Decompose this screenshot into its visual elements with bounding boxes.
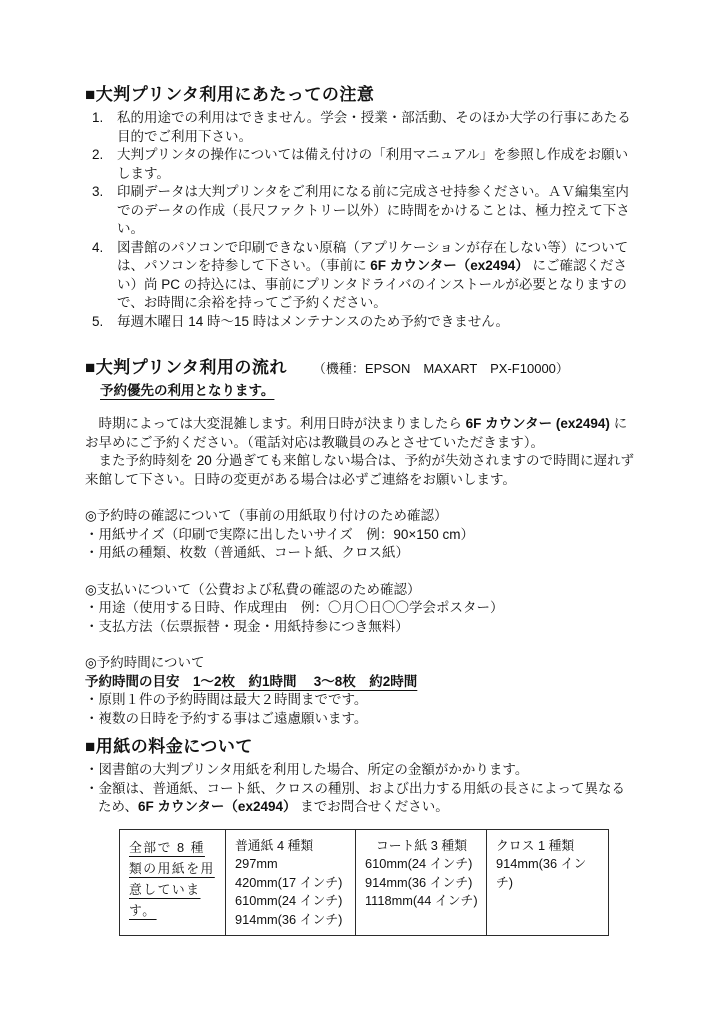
table-cell-cloth: クロス 1 種類 914mm(36 インチ) — [487, 829, 609, 936]
list-item-text: 毎週木曜日 14 時～15 時はメンテナンスのため予約できません。 — [117, 313, 637, 332]
table-cell-coated-paper: コート紙 3 種類 610mm(24 インチ) 914mm(36 インチ) 11… — [356, 829, 487, 936]
counter-ext-bold: 6F カウンター（ex2494） — [370, 258, 529, 273]
table-cell-note: 全部で 8 種類の用紙を用意しています。 — [120, 829, 226, 936]
list-item-number: 5. — [85, 313, 117, 332]
paper-note: 全部で 8 種類の用紙を用意しています。 — [129, 840, 215, 918]
list-item-number: 4. — [85, 239, 117, 313]
paragraph-lateness: また予約時刻を 20 分過ぎても来館しない場合は、予約が失効されますので時間に遅… — [85, 452, 637, 489]
list-item-text: 私的用途での利用はできません。学会・授業・部活動、そのほか大学の行事にあたる目的… — [117, 109, 637, 146]
document-page: ■大判プリンタ利用にあたっての注意 1. 私的用途での利用はできません。学会・授… — [0, 0, 725, 1024]
table-row: 全部で 8 種類の用紙を用意しています。 普通紙 4 種類 297mm 420m… — [120, 829, 609, 936]
block-heading: ◎予約時間について — [85, 654, 637, 673]
time-block: ◎予約時間について 予約時間の目安 1～2枚 約1時間 3～8枚 約2時間 ・原… — [85, 654, 637, 728]
list-item-text: 図書館のパソコンで印刷できない原稿（アプリケーションが存在しない等）については、… — [117, 239, 637, 313]
fee-bullet: ・金額は、普通紙、コート紙、クロスの種別、および出力する用紙の長さによって異なる… — [85, 780, 637, 817]
list-item-text: 印刷データは大判プリンタをご利用になる前に完成させ持参ください。ＡＶ編集室内での… — [117, 183, 637, 239]
paper-size: 610mm(24 インチ) — [235, 892, 347, 911]
paper-size: 1118mm(44 インチ) — [365, 892, 478, 911]
column-header: コート紙 3 種類 — [365, 837, 478, 856]
list-item-number: 1. — [85, 109, 117, 146]
list-item-number: 2. — [85, 146, 117, 183]
paper-size: 610mm(24 インチ) — [365, 855, 478, 874]
section2-title-row: ■大判プリンタ利用の流れ （機種：EPSON MAXART PX-F10000） — [85, 357, 637, 379]
paragraph-reservation: 時期によっては大変混雑します。利用日時が決まりましたら 6F カウンター (ex… — [85, 415, 637, 452]
block-item: ・用途（使用する日時、作成理由 例：〇月〇日〇〇学会ポスター） — [85, 599, 637, 618]
paper-size: 914mm(36 インチ) — [365, 874, 478, 893]
list-item-number: 3. — [85, 183, 117, 239]
payment-block: ◎支払いについて（公費および私費の確認のため確認） ・用途（使用する日時、作成理… — [85, 581, 637, 637]
fee-bullet: ・図書館の大判プリンタ用紙を利用した場合、所定の金額がかかります。 — [85, 761, 637, 780]
block-item: ・用紙サイズ（印刷で実際に出したいサイズ 例：90×150 cm） — [85, 526, 637, 545]
block-item: ・支払方法（伝票振替・現金・用紙持参につき無料） — [85, 618, 637, 637]
section2: ■大判プリンタ利用の流れ （機種：EPSON MAXART PX-F10000）… — [85, 357, 637, 728]
table-cell-plain-paper: 普通紙 4 種類 297mm 420mm(17 インチ) 610mm(24 イン… — [226, 829, 356, 936]
time-guide: 予約時間の目安 1～2枚 約1時間 3～8枚 約2時間 — [85, 673, 637, 692]
block-item: ・原則１件の予約時間は最大２時間までです。 — [85, 691, 637, 710]
list-item: 4. 図書館のパソコンで印刷できない原稿（アプリケーションが存在しない等）につい… — [85, 239, 637, 313]
section3: ■用紙の料金について ・図書館の大判プリンタ用紙を利用した場合、所定の金額がかか… — [85, 736, 637, 817]
list-item: 3. 印刷データは大判プリンタをご利用になる前に完成させ持参ください。ＡＶ編集室… — [85, 183, 637, 239]
block-item: ・複数の日時を予約する事はご遠慮願います。 — [85, 710, 637, 729]
paper-size-table: 全部で 8 種類の用紙を用意しています。 普通紙 4 種類 297mm 420m… — [119, 829, 609, 937]
section2-title: ■大判プリンタ利用の流れ — [85, 357, 287, 378]
block-item: ・用紙の種類、枚数（普通紙、コート紙、クロス紙） — [85, 544, 637, 563]
list-item: 2. 大判プリンタの操作については備え付けの「利用マニュアル」を参照し作成をお願… — [85, 146, 637, 183]
section1-notice-list: 1. 私的用途での利用はできません。学会・授業・部活動、そのほか大学の行事にあた… — [85, 109, 637, 331]
printer-model: （機種：EPSON MAXART PX-F10000） — [313, 360, 569, 379]
paper-size: 914mm(36 インチ) — [235, 911, 347, 930]
block-heading: ◎支払いについて（公費および私費の確認のため確認） — [85, 581, 637, 600]
section3-title: ■用紙の料金について — [85, 736, 637, 757]
column-header: 普通紙 4 種類 — [235, 837, 347, 856]
guide-label: 予約時間の目安 — [85, 674, 193, 689]
section1-title: ■大判プリンタ利用にあたっての注意 — [85, 84, 637, 105]
list-item: 5. 毎週木曜日 14 時～15 時はメンテナンスのため予約できません。 — [85, 313, 637, 332]
priority-note: 予約優先の利用となります。 — [85, 382, 637, 401]
list-item: 1. 私的用途での利用はできません。学会・授業・部活動、そのほか大学の行事にあた… — [85, 109, 637, 146]
paper-size: 914mm(36 インチ) — [496, 855, 600, 892]
confirm-block: ◎予約時の確認について（事前の用紙取り付けのため確認） ・用紙サイズ（印刷で実際… — [85, 507, 637, 563]
counter-ext-bold: 6F カウンター (ex2494) — [466, 416, 610, 431]
paper-size: 297mm — [235, 855, 347, 874]
block-heading: ◎予約時の確認について（事前の用紙取り付けのため確認） — [85, 507, 637, 526]
column-header: クロス 1 種類 — [496, 837, 600, 856]
paper-size: 420mm(17 インチ) — [235, 874, 347, 893]
counter-ext-bold: 6F カウンター（ex2494） — [138, 799, 297, 814]
section2-paragraphs: 時期によっては大変混雑します。利用日時が決まりましたら 6F カウンター (ex… — [85, 415, 637, 489]
guide-value: 1～2枚 約1時間 3～8枚 約2時間 — [193, 674, 417, 689]
paper-table-wrapper: 全部で 8 種類の用紙を用意しています。 普通紙 4 種類 297mm 420m… — [119, 829, 637, 937]
list-item-text: 大判プリンタの操作については備え付けの「利用マニュアル」を参照し作成をお願いしま… — [117, 146, 637, 183]
